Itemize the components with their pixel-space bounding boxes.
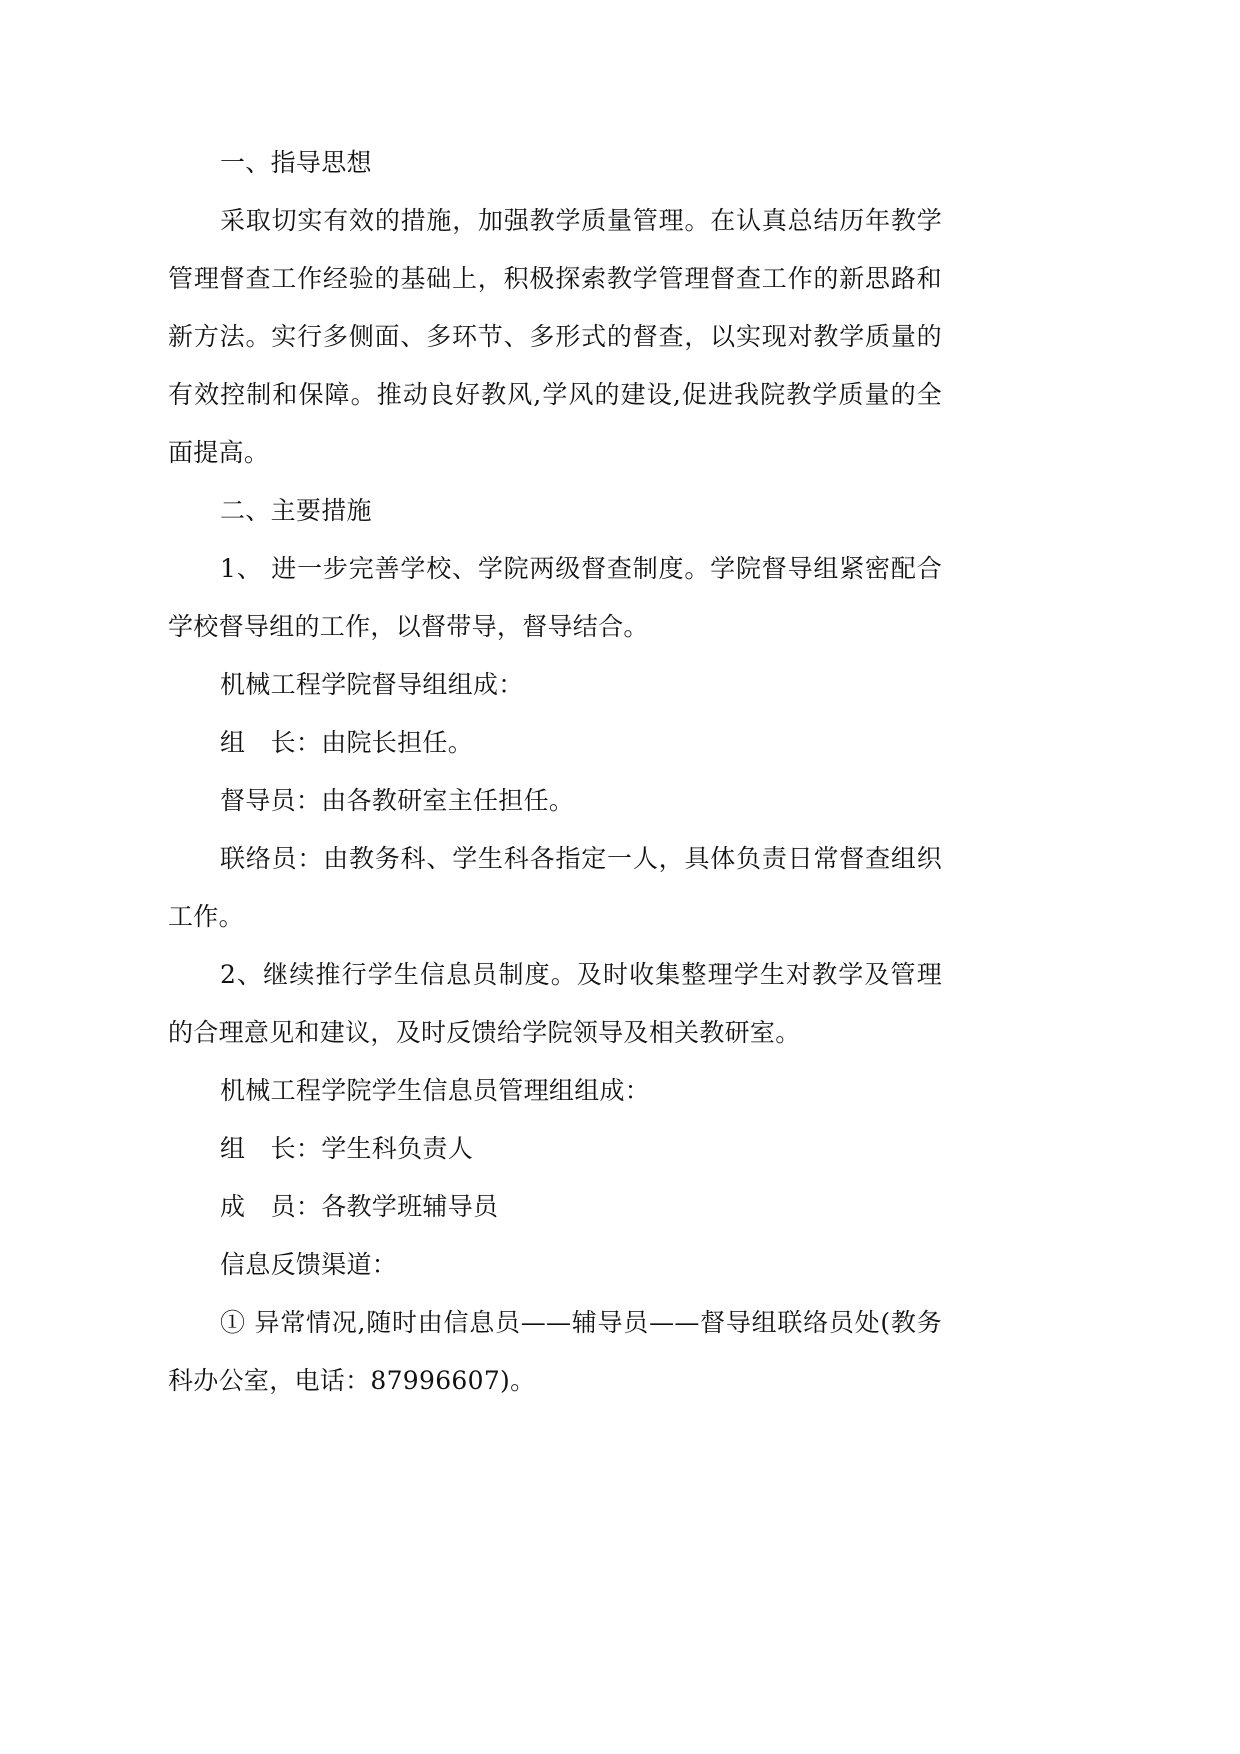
supervision-group-leader: 组 长：由院长担任。 — [168, 714, 942, 772]
section-heading-guiding-thought: 一、指导思想 — [168, 134, 942, 192]
feedback-channel-1: ① 异常情况,随时由信息员——辅导员——督导组联络员处(教务科办公室，电话：87… — [168, 1294, 942, 1410]
info-group-title: 机械工程学院学生信息员管理组组成： — [168, 1062, 942, 1120]
supervision-group-liaison: 联络员：由教务科、学生科各指定一人，具体负责日常督查组织工作。 — [168, 830, 942, 946]
document-page: 一、指导思想 采取切实有效的措施，加强教学质量管理。在认真总结历年教学管理督查工… — [168, 134, 942, 1410]
info-group-members: 成 员：各教学班辅导员 — [168, 1178, 942, 1236]
section-heading-main-measures: 二、主要措施 — [168, 482, 942, 540]
paragraph-guiding-thought: 采取切实有效的措施，加强教学质量管理。在认真总结历年教学管理督查工作经验的基础上… — [168, 192, 942, 482]
paragraph-measure-1: 1、 进一步完善学校、学院两级督查制度。学院督导组紧密配合学校督导组的工作，以督… — [168, 540, 942, 656]
paragraph-measure-2: 2、继续推行学生信息员制度。及时收集整理学生对教学及管理的合理意见和建议，及时反… — [168, 946, 942, 1062]
supervision-group-members: 督导员：由各教研室主任担任。 — [168, 772, 942, 830]
info-group-leader: 组 长：学生科负责人 — [168, 1120, 942, 1178]
supervision-group-title: 机械工程学院督导组组成： — [168, 656, 942, 714]
feedback-channels-title: 信息反馈渠道： — [168, 1236, 942, 1294]
